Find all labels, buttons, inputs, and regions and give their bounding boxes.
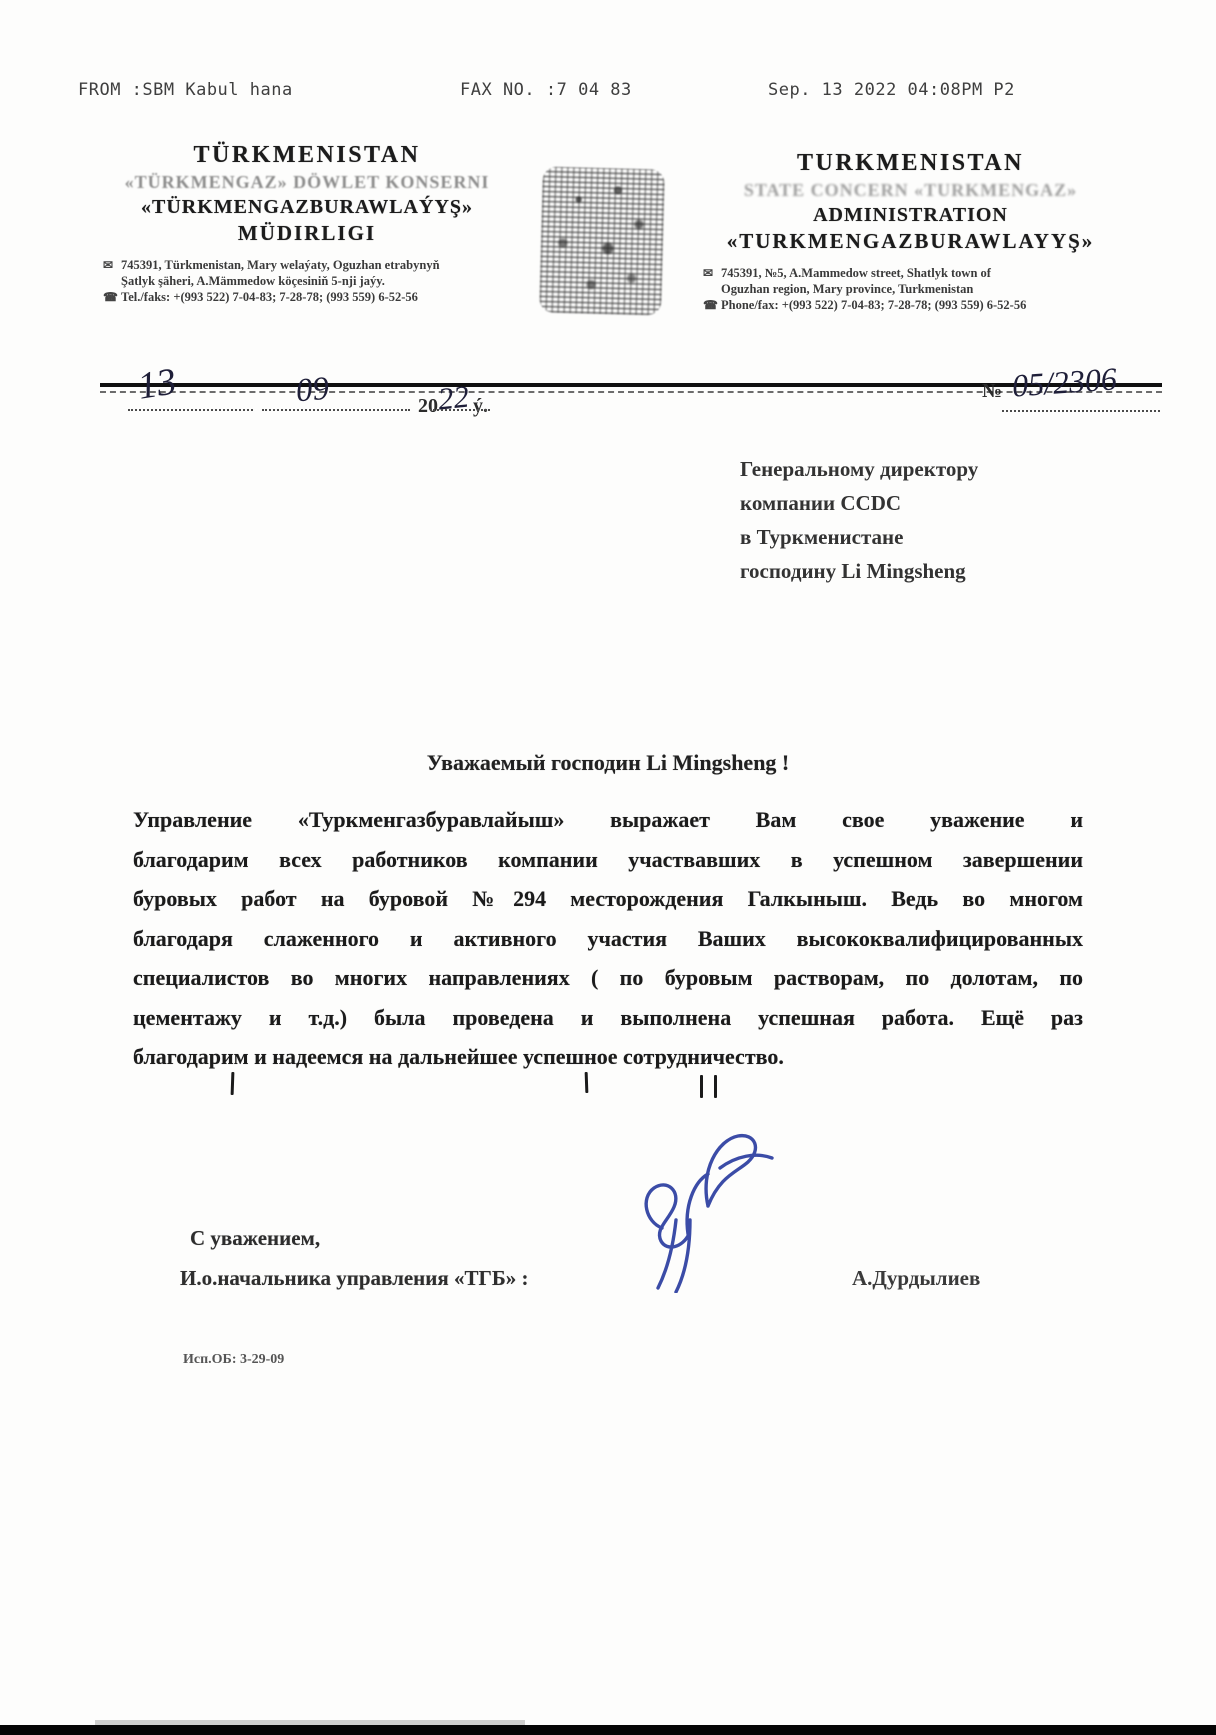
date-underline-2 <box>262 409 410 411</box>
scan-mark <box>231 1072 235 1095</box>
letterhead-left-faded-line: «TÜRKMENGAZ» DÖWLET KONSERNI <box>103 172 511 193</box>
phone-icon: ☎ <box>703 297 721 313</box>
letterhead-left-unit: MÜDIRLIGI <box>103 221 511 246</box>
recipient-line-3: в Туркменистане <box>740 520 978 554</box>
recipient-line-1: Генеральному директору <box>740 452 978 486</box>
handwritten-reference-number: 05/2306 <box>1011 360 1118 404</box>
envelope-icon: ✉ <box>703 265 721 281</box>
body-line: специалистов во многих направлениях ( по… <box>133 958 1083 998</box>
reference-number-label: № <box>982 380 1002 403</box>
body-line: Управление «Туркменгазбуравлайыш» выража… <box>133 800 1083 840</box>
signoff-regards: С уважением, <box>190 1226 320 1251</box>
letterhead-left-country: TÜRKMENISTAN <box>103 142 511 169</box>
letterhead-divider-dashed <box>100 391 1162 393</box>
recipient-block: Генеральному директору компании CCDC в Т… <box>740 452 978 588</box>
recipient-line-4: господину Li Mingsheng <box>740 554 978 588</box>
fax-number: FAX NO. :7 04 83 <box>460 80 632 100</box>
body-line: благодарим и надеемся на дальнейшее успе… <box>133 1037 1083 1077</box>
reference-underline <box>1002 410 1160 412</box>
signoff-title: И.о.начальника управления «ТГБ» : <box>180 1266 529 1291</box>
handwritten-month: 09 <box>294 371 330 411</box>
scan-mark <box>714 1075 717 1098</box>
recipient-line-2: компании CCDC <box>740 486 978 520</box>
body-line: цементажу и т.д.) была проведена и выпол… <box>133 998 1083 1038</box>
letterhead-right-phone: Phone/fax: +(993 522) 7-04-83; 7-28-78; … <box>721 297 1026 313</box>
body-line: благодаря слаженного и активного участия… <box>133 919 1083 959</box>
letterhead-right-org: ADMINISTRATION <box>703 204 1118 227</box>
body-line: благодарим всех работников компании учас… <box>133 840 1083 880</box>
letterhead-divider <box>100 383 1162 387</box>
letterhead-right-faded-line: STATE CONCERN «TURKMENGAZ» <box>703 180 1118 201</box>
body-line: буровых работ на буровой №294 месторожде… <box>133 879 1083 919</box>
body-paragraph: Управление «Туркменгазбуравлайыш» выража… <box>133 800 1083 1077</box>
letterhead-left-address2: Şatlyk şäheri, A.Mämmedow köçesiniň 5-nj… <box>103 273 511 289</box>
letterhead-right-country: TURKMENISTAN <box>703 150 1118 177</box>
letterhead-left: TÜRKMENISTAN «TÜRKMENGAZ» DÖWLET KONSERN… <box>103 142 511 305</box>
year-group: 2022ý. <box>418 384 488 420</box>
letterhead-right-address: ✉ 745391, №5, A.Mammedow street, Shatlyk… <box>703 265 1118 313</box>
date-underline-1 <box>128 409 253 411</box>
handwritten-day: 13 <box>135 359 179 408</box>
letterhead-right-address1: 745391, №5, A.Mammedow street, Shatlyk t… <box>721 265 991 281</box>
date-underline-3 <box>430 409 490 411</box>
salutation: Уважаемый господин Li Mingsheng ! <box>0 750 1216 776</box>
envelope-icon: ✉ <box>103 257 121 273</box>
fax-letter-page: FROM :SBM Kabul hana FAX NO. :7 04 83 Se… <box>0 0 1216 1735</box>
letterhead-right-address2: Oguzhan region, Mary province, Turkmenis… <box>703 281 1118 297</box>
letterhead-right-unit: «TURKMENGAZBURAWLAYYŞ» <box>703 229 1118 254</box>
letterhead-left-address1: 745391, Türkmenistan, Mary welaýaty, Ogu… <box>121 257 440 273</box>
executor-note: Исп.ОБ: 3-29-09 <box>183 1352 284 1368</box>
year-printed-suffix: ý. <box>473 395 488 417</box>
scan-edge-bar <box>0 1725 1216 1735</box>
year-printed-prefix: 20 <box>418 395 438 417</box>
letterhead-left-phone: Tel./faks: +(993 522) 7-04-83; 7-28-78; … <box>121 289 418 305</box>
fax-from: FROM :SBM Kabul hana <box>78 80 293 100</box>
letterhead-left-org: «TÜRKMENGAZBURAWLAÝYŞ» <box>103 196 511 219</box>
signoff-name: А.Дурдылиев <box>852 1266 980 1291</box>
fax-datetime: Sep. 13 2022 04:08PM P2 <box>768 80 1015 100</box>
scan-mark <box>700 1075 703 1098</box>
letterhead-left-address: ✉ 745391, Türkmenistan, Mary welaýaty, O… <box>103 257 511 305</box>
handwritten-year: 22 <box>436 378 471 417</box>
letterhead-right: TURKMENISTAN STATE CONCERN «TURKMENGAZ» … <box>703 150 1118 313</box>
signature-ink <box>608 1108 798 1293</box>
phone-icon: ☎ <box>103 289 121 305</box>
emblem-smudge <box>539 166 665 315</box>
